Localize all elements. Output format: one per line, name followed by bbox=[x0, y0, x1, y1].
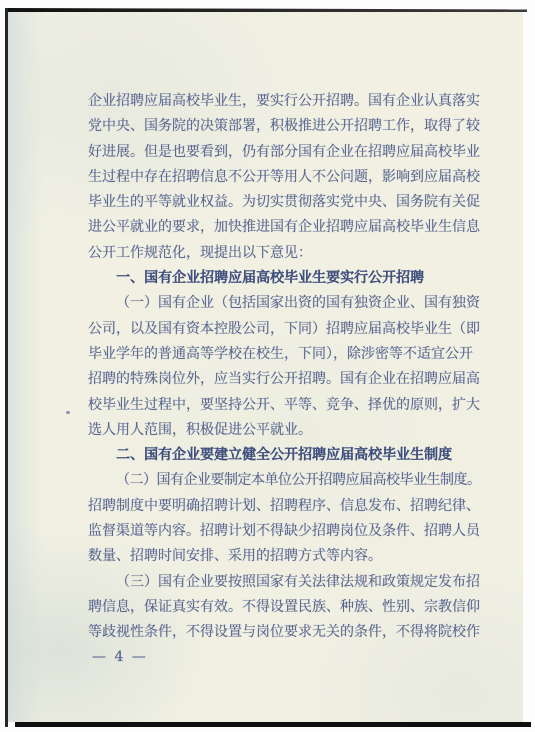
text-line: （二）国有企业要制定本单位公开招聘应届高校毕业生制度。 bbox=[88, 468, 481, 493]
text-line: 选人用人范围，积极促进公平就业。 bbox=[88, 418, 481, 443]
document-page: 企业招聘应届高校毕业生，要实行公开招聘。国有企业认真落实党中央、国务院的决策部署… bbox=[8, 11, 523, 722]
text-line: 企业招聘应届高校毕业生，要实行公开招聘。国有企业认真落实 bbox=[88, 89, 481, 114]
section-heading: 一、国有企业招聘应届高校毕业生要实行公开招聘 bbox=[88, 266, 481, 291]
text-line: 毕业学年的普通高等学校在校生，下同），除涉密等不适宜公开 bbox=[88, 342, 481, 367]
text-line: 毕业生的平等就业权益。为切实贯彻落实党中央、国务院有关促 bbox=[88, 190, 481, 215]
text-line: 党中央、国务院的决策部署，积极推进公开招聘工作，取得了较 bbox=[88, 114, 481, 139]
page-number: — 4 — bbox=[92, 644, 148, 670]
text-line: 校毕业生过程中，要坚持公开、平等、竞争、择优的原则，扩大 bbox=[88, 393, 481, 418]
text-line: 聘信息，保证真实有效。不得设置民族、种族、性别、宗教信仰 bbox=[88, 595, 481, 620]
text-line: （三）国有企业要按照国家有关法律法规和政策规定发布招 bbox=[88, 570, 481, 595]
scan-edge-left bbox=[5, 8, 8, 727]
scan-edge-top bbox=[6, 8, 527, 12]
scan-edge-bottom bbox=[15, 722, 531, 727]
text-line: 生过程中存在招聘信息不公开等用人不公问题，影响到应届高校 bbox=[88, 165, 481, 190]
text-line: 进公平就业的要求，加快推进国有企业招聘应届高校毕业生信息 bbox=[88, 215, 481, 240]
text-line: （一）国有企业（包括国家出资的国有独资企业、国有独资 bbox=[88, 291, 481, 316]
document-text-block: 企业招聘应届高校毕业生，要实行公开招聘。国有企业认真落实党中央、国务院的决策部署… bbox=[88, 89, 481, 646]
text-line: 招聘制度中要明确招聘计划、招聘程序、信息发布、招聘纪律、 bbox=[88, 494, 481, 519]
text-line: 等歧视性条件，不得设置与岗位要求无关的条件，不得将院校作 bbox=[88, 620, 481, 645]
text-line: 招聘的特殊岗位外，应当实行公开招聘。国有企业在招聘应届高 bbox=[88, 367, 481, 392]
text-line: 好进展。但是也要看到，仍有部分国有企业在招聘应届高校毕业 bbox=[88, 140, 481, 165]
text-line: 公开工作规范化，现提出以下意见： bbox=[88, 241, 481, 266]
text-line: 数量、招聘时间安排、采用的招聘方式等内容。 bbox=[88, 544, 481, 569]
section-heading: 二、国有企业要建立健全公开招聘应届高校毕业生制度 bbox=[88, 443, 481, 468]
text-line: 监督渠道等内容。招聘计划不得缺少招聘岗位及条件、招聘人员 bbox=[88, 519, 481, 544]
scan-speck bbox=[66, 411, 70, 414]
text-line: 公司，以及国有资本控股公司，下同）招聘应届高校毕业生（即 bbox=[88, 317, 481, 342]
